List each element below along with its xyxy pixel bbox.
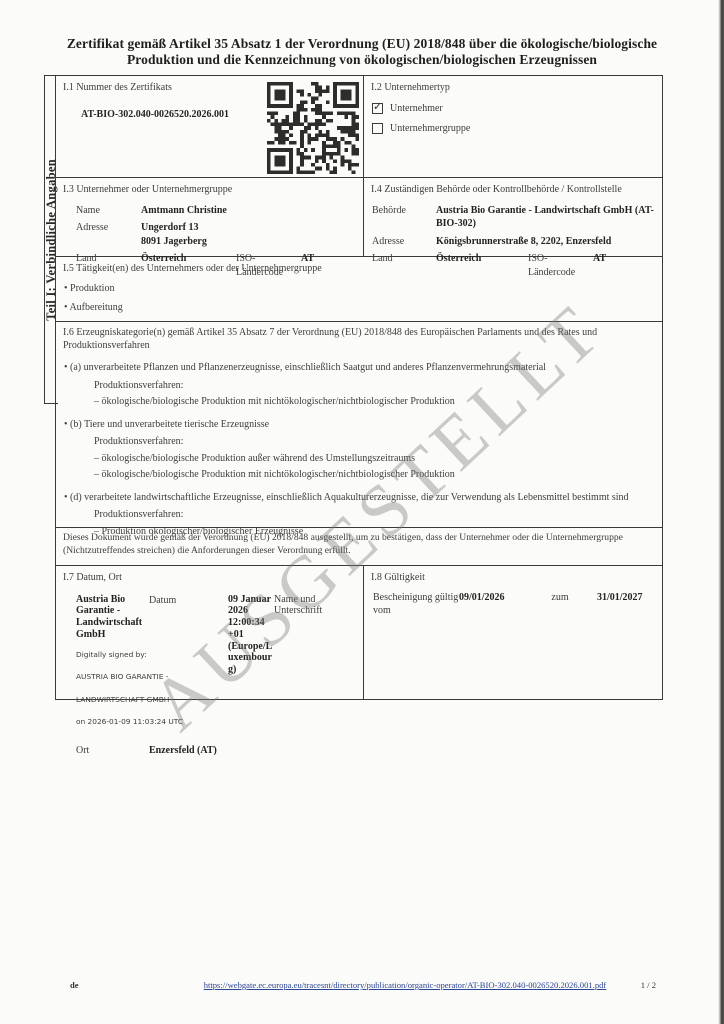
authority-address: Königsbrunnerstraße 8, 2202, Enzersfeld — [436, 231, 658, 249]
activity-item: Aufbereitung — [64, 301, 662, 315]
section-i3: I.3 Unternehmer oder Unternehmergruppe N… — [56, 178, 364, 256]
signature-line: LANDWIRTSCHAFT GMBH — [76, 695, 149, 705]
operator-type-option: Unternehmer — [372, 102, 662, 116]
section-i1: I.1 Nummer des Zertifikats AT-BIO-302.04… — [56, 76, 364, 177]
category-b-method: – ökologische/biologische Produktion mit… — [94, 468, 662, 482]
activity-item: Produktion — [64, 282, 662, 296]
date-label: Datum — [149, 590, 228, 677]
authority-name-label: Behörde — [372, 200, 436, 231]
certificate-pdf-link[interactable]: https://webgate.ec.europa.eu/tracesnt/di… — [204, 980, 607, 990]
operator-name-label: Name — [76, 200, 141, 218]
qr-code — [267, 82, 359, 174]
section-i8: I.8 Gültigkeit Bescheinigung gültig vom … — [364, 566, 662, 699]
signature-line: AUSTRIA BIO GARANTIE - — [76, 672, 149, 682]
operator-address-line1: Ungerdorf 13 — [141, 221, 359, 235]
operator-address: Ungerdorf 13 8091 Jagerberg — [141, 217, 359, 248]
operator-group-option: Unternehmergruppe — [372, 122, 662, 136]
section-i5: I.5 Tätigkeit(en) des Unternehmers oder … — [56, 257, 662, 321]
row-activities: I.5 Tätigkeit(en) des Unternehmers oder … — [56, 256, 662, 321]
section-i2-label: I.2 Unternehmertyp — [364, 76, 662, 95]
page-footer: de https://webgate.ec.europa.eu/tracesnt… — [0, 980, 724, 996]
row-product-categories: I.6 Erzeugniskategorie(n) gemäß Artikel … — [56, 321, 662, 527]
authority-address-label: Adresse — [372, 231, 436, 249]
category-group-b: (b) Tiere und unverarbeitete tierische E… — [56, 418, 662, 482]
place-label: Ort — [76, 740, 149, 758]
section-i6: I.6 Erzeugniskategorie(n) gemäß Artikel … — [56, 322, 662, 527]
category-a-method: – ökologische/biologische Produktion mit… — [94, 395, 662, 409]
signature-line: Digitally signed by: — [76, 650, 149, 660]
certificate-table: I.1 Nummer des Zertifikats AT-BIO-302.04… — [55, 75, 663, 700]
date-value: 09 Januar 2026 12:00:34 +01 (Europe/Luxe… — [228, 590, 274, 677]
signature-line: on 2026-01-09 11:03:24 UTC — [76, 717, 149, 727]
validity-to-date: 31/01/2027 — [597, 591, 658, 618]
row-date-validity: I.7 Datum, Ort Datum 09 Januar 2026 12:0… — [56, 565, 662, 699]
certificate-page: Zertifikat gemäß Artikel 35 Absatz 1 der… — [0, 0, 724, 1024]
category-d-sub: Produktionsverfahren: — [94, 508, 662, 522]
operator-name: Amtmann Christine — [141, 200, 359, 218]
section-i4-label: I.4 Zuständigen Behörde oder Kontrollbeh… — [364, 178, 662, 197]
section-i6-label: I.6 Erzeugniskategorie(n) gemäß Artikel … — [56, 322, 662, 352]
section-i3-label: I.3 Unternehmer oder Unternehmergruppe — [56, 178, 363, 197]
section-i2: I.2 Unternehmertyp Unternehmer Unternehm… — [364, 76, 662, 177]
document-title: Zertifikat gemäß Artikel 35 Absatz 1 der… — [62, 36, 662, 68]
validity-from-date: 09/01/2026 — [459, 591, 523, 618]
signature-block: Austria Bio Garantie - Landwirtschaft Gm… — [76, 590, 149, 740]
checkbox-unchecked-icon — [372, 123, 383, 134]
section-i4: I.4 Zuständigen Behörde oder Kontrollbeh… — [364, 178, 662, 256]
row-certificate-number: I.1 Nummer des Zertifikats AT-BIO-302.04… — [56, 76, 662, 177]
section-i8-label: I.8 Gültigkeit — [364, 566, 662, 585]
date-place-details: Datum 09 Januar 2026 12:00:34 +01 (Europ… — [56, 585, 363, 758]
footer-language: de — [70, 980, 79, 992]
place-value: Enzersfeld (AT) — [149, 740, 228, 758]
statement-cell: Dieses Dokument wurde gemäß der Verordnu… — [56, 528, 662, 565]
category-a-text: (a) unverarbeitete Pflanzen und Pflanzen… — [64, 361, 662, 375]
category-a-sub: Produktionsverfahren: — [94, 379, 662, 393]
row-operator-authority: I.3 Unternehmer oder Unternehmergruppe N… — [56, 177, 662, 256]
place-row: Ort Enzersfeld (AT) — [76, 740, 228, 758]
authority-name: Austria Bio Garantie - Landwirtschaft Gm… — [436, 200, 658, 231]
category-group-a: (a) unverarbeitete Pflanzen und Pflanzen… — [56, 361, 662, 409]
digital-signature-lines: Digitally signed by: AUSTRIA BIO GARANTI… — [76, 650, 149, 727]
operator-group-label: Unternehmergruppe — [390, 122, 470, 136]
category-b-method: – ökologische/biologische Produktion auß… — [94, 452, 662, 466]
operator-address-label: Adresse — [76, 217, 141, 248]
validity-to-label: zum — [523, 591, 597, 618]
operator-address-line2: 8091 Jagerberg — [141, 235, 359, 249]
scan-edge-shadow — [718, 0, 724, 1024]
statement-text: Dieses Dokument wurde gemäß der Verordnu… — [56, 528, 662, 557]
category-b-text: (b) Tiere und unverarbeitete tierische E… — [64, 418, 662, 432]
section-i7-label: I.7 Datum, Ort — [56, 566, 363, 585]
footer-url-wrap: https://webgate.ec.europa.eu/tracesnt/di… — [175, 980, 635, 992]
row-statement: Dieses Dokument wurde gemäß der Verordnu… — [56, 527, 662, 565]
page-number: 1 / 2 — [641, 980, 656, 992]
checkbox-checked-icon — [372, 103, 383, 114]
operator-type-label: Unternehmer — [390, 102, 443, 116]
validity-row: Bescheinigung gültig vom 09/01/2026 zum … — [364, 585, 662, 618]
signature-label: Name und Unterschrift — [274, 590, 357, 677]
section-i7: I.7 Datum, Ort Datum 09 Januar 2026 12:0… — [56, 566, 364, 699]
signature-name: Austria Bio Garantie - Landwirtschaft Gm… — [76, 594, 149, 641]
category-b-sub: Produktionsverfahren: — [94, 435, 662, 449]
category-d-text: (d) verarbeitete landwirtschaftliche Erz… — [64, 491, 662, 505]
validity-label: Bescheinigung gültig vom — [373, 591, 459, 618]
section-i5-label: I.5 Tätigkeit(en) des Unternehmers oder … — [56, 257, 662, 276]
